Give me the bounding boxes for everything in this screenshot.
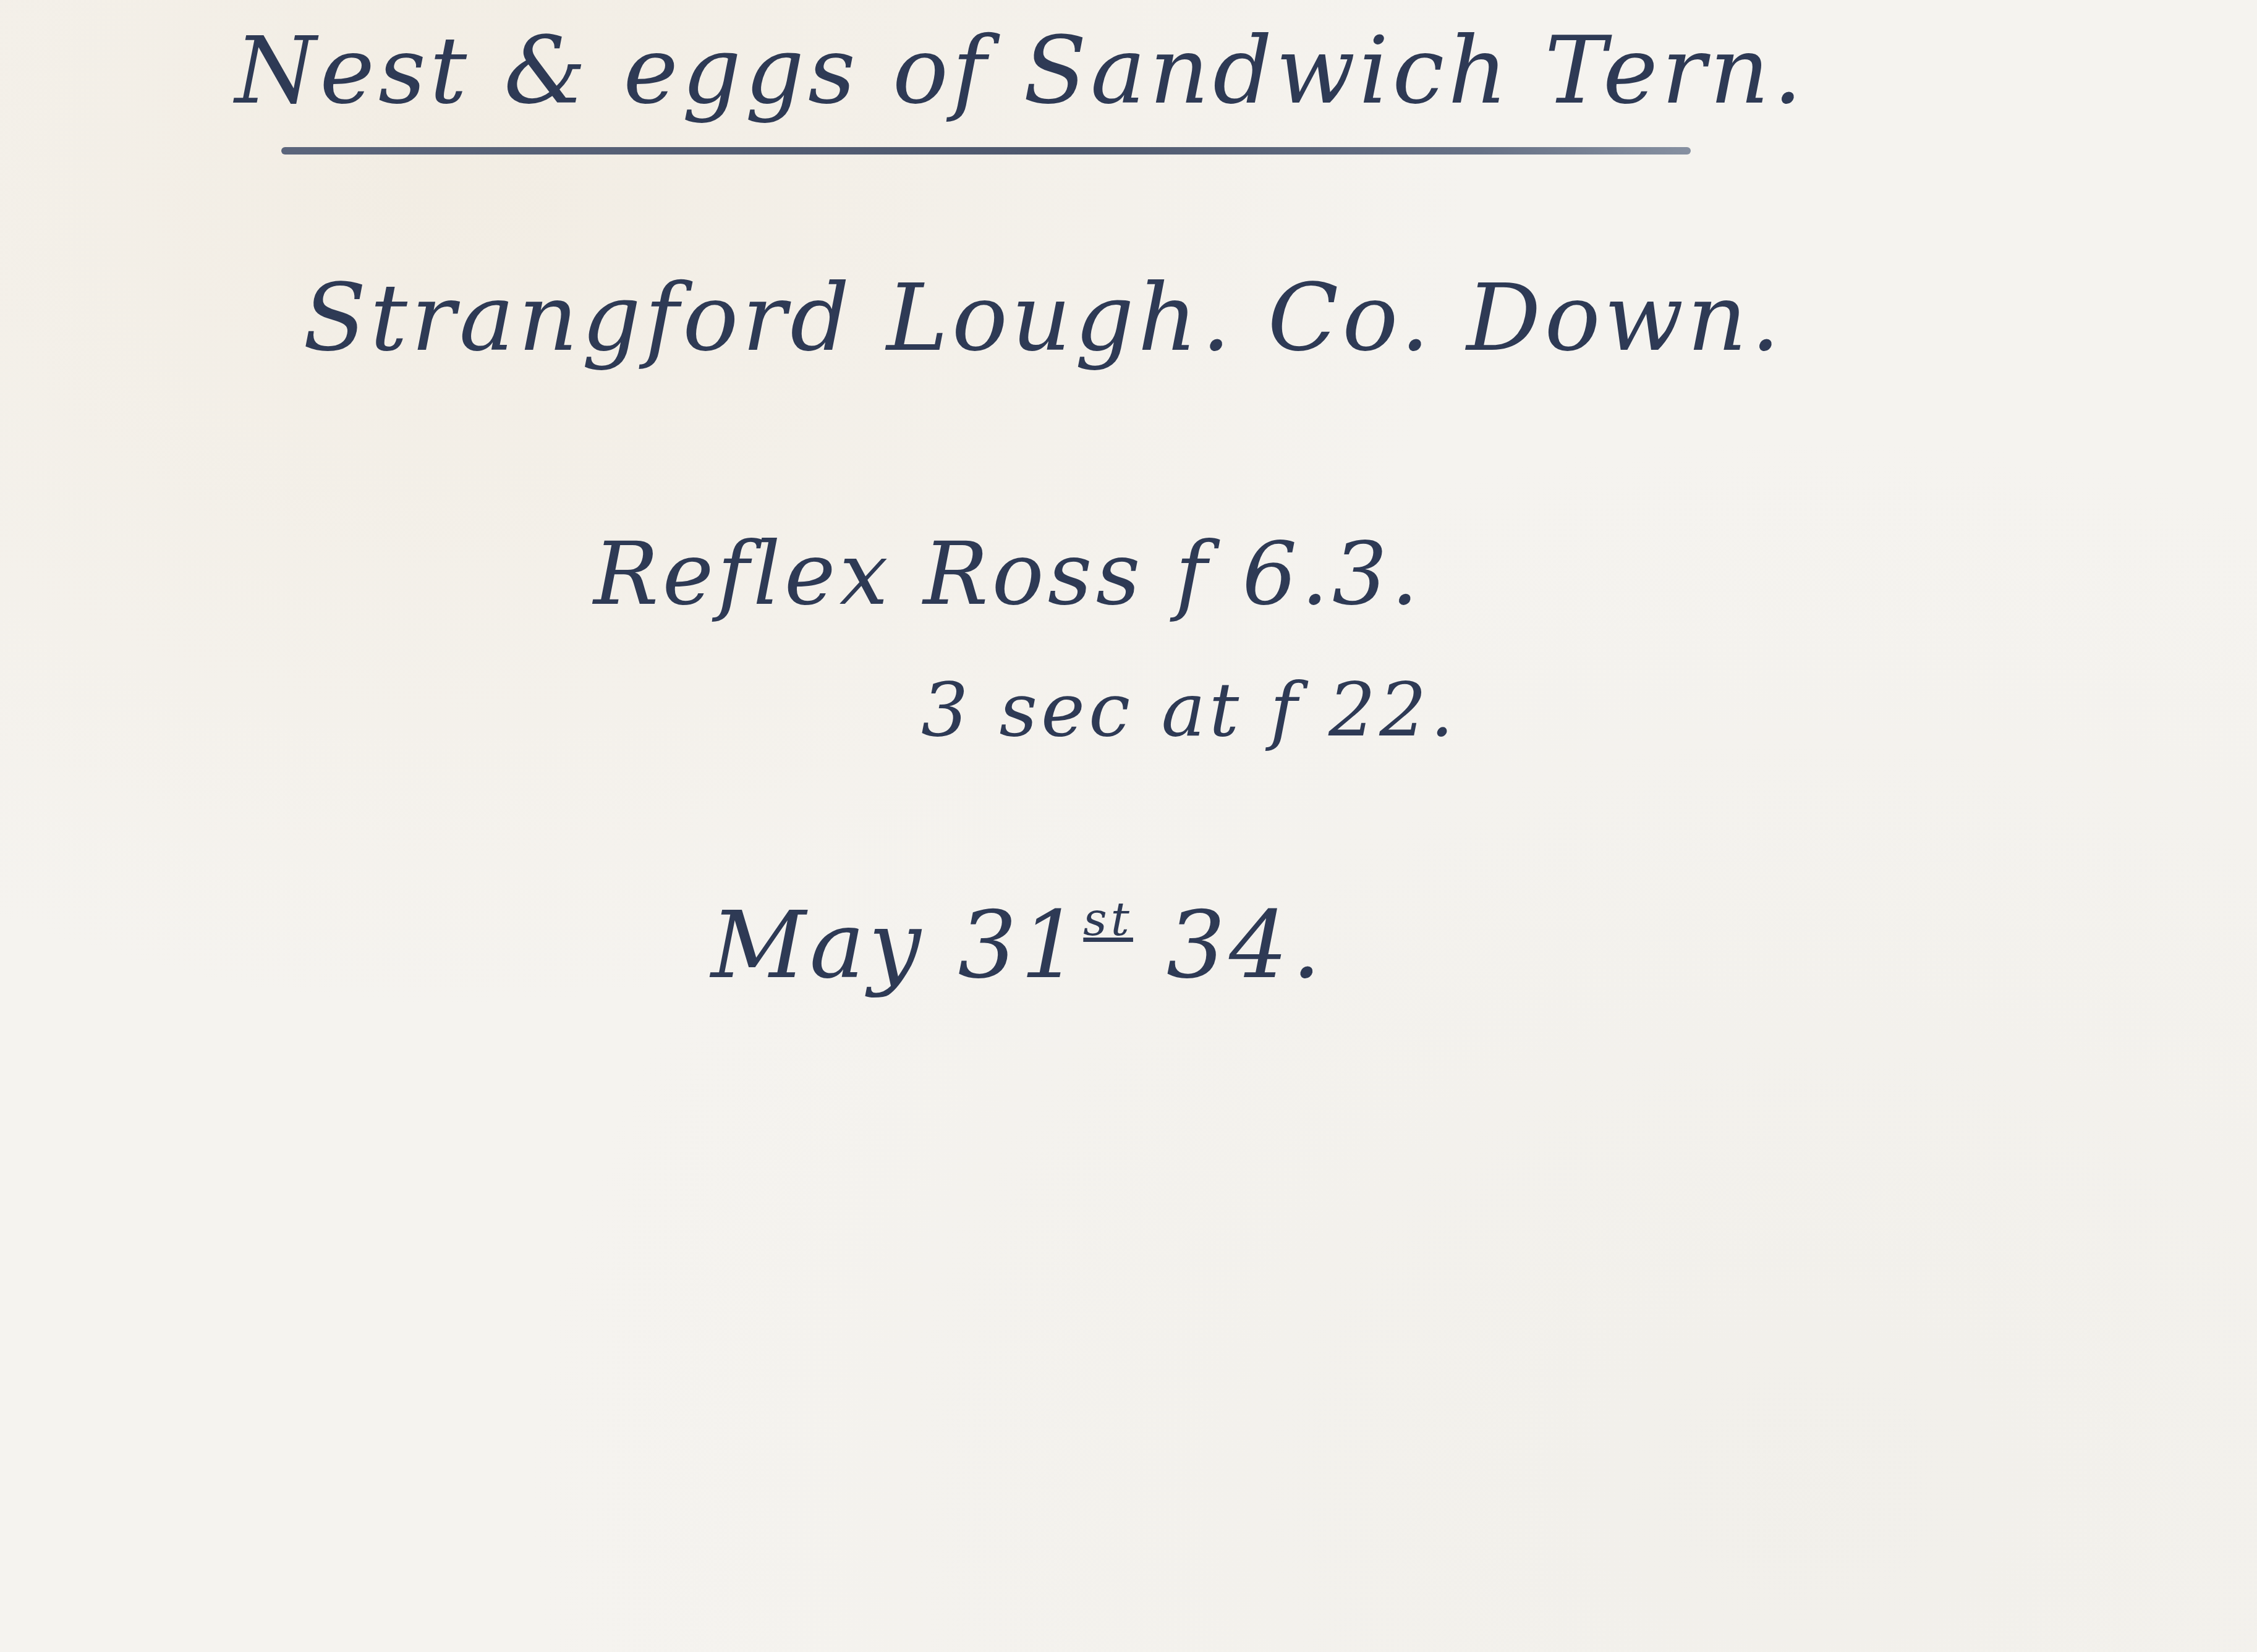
caption-date: May 31st 34. <box>711 896 1325 992</box>
date-year: 34. <box>1133 892 1325 999</box>
caption-camera: Reflex Ross f 6.3. <box>593 532 1422 618</box>
date-day: May 31 <box>711 892 1083 999</box>
title-underline <box>281 147 1691 155</box>
date-ordinal: st <box>1083 892 1133 946</box>
card-background <box>0 0 2257 1652</box>
caption-location: Strangford Lough. Co. Down. <box>303 272 1784 365</box>
caption-exposure: 3 sec at f 22. <box>921 674 1458 748</box>
caption-title: Nest & eggs of Sandwich Tern. <box>235 25 1806 117</box>
